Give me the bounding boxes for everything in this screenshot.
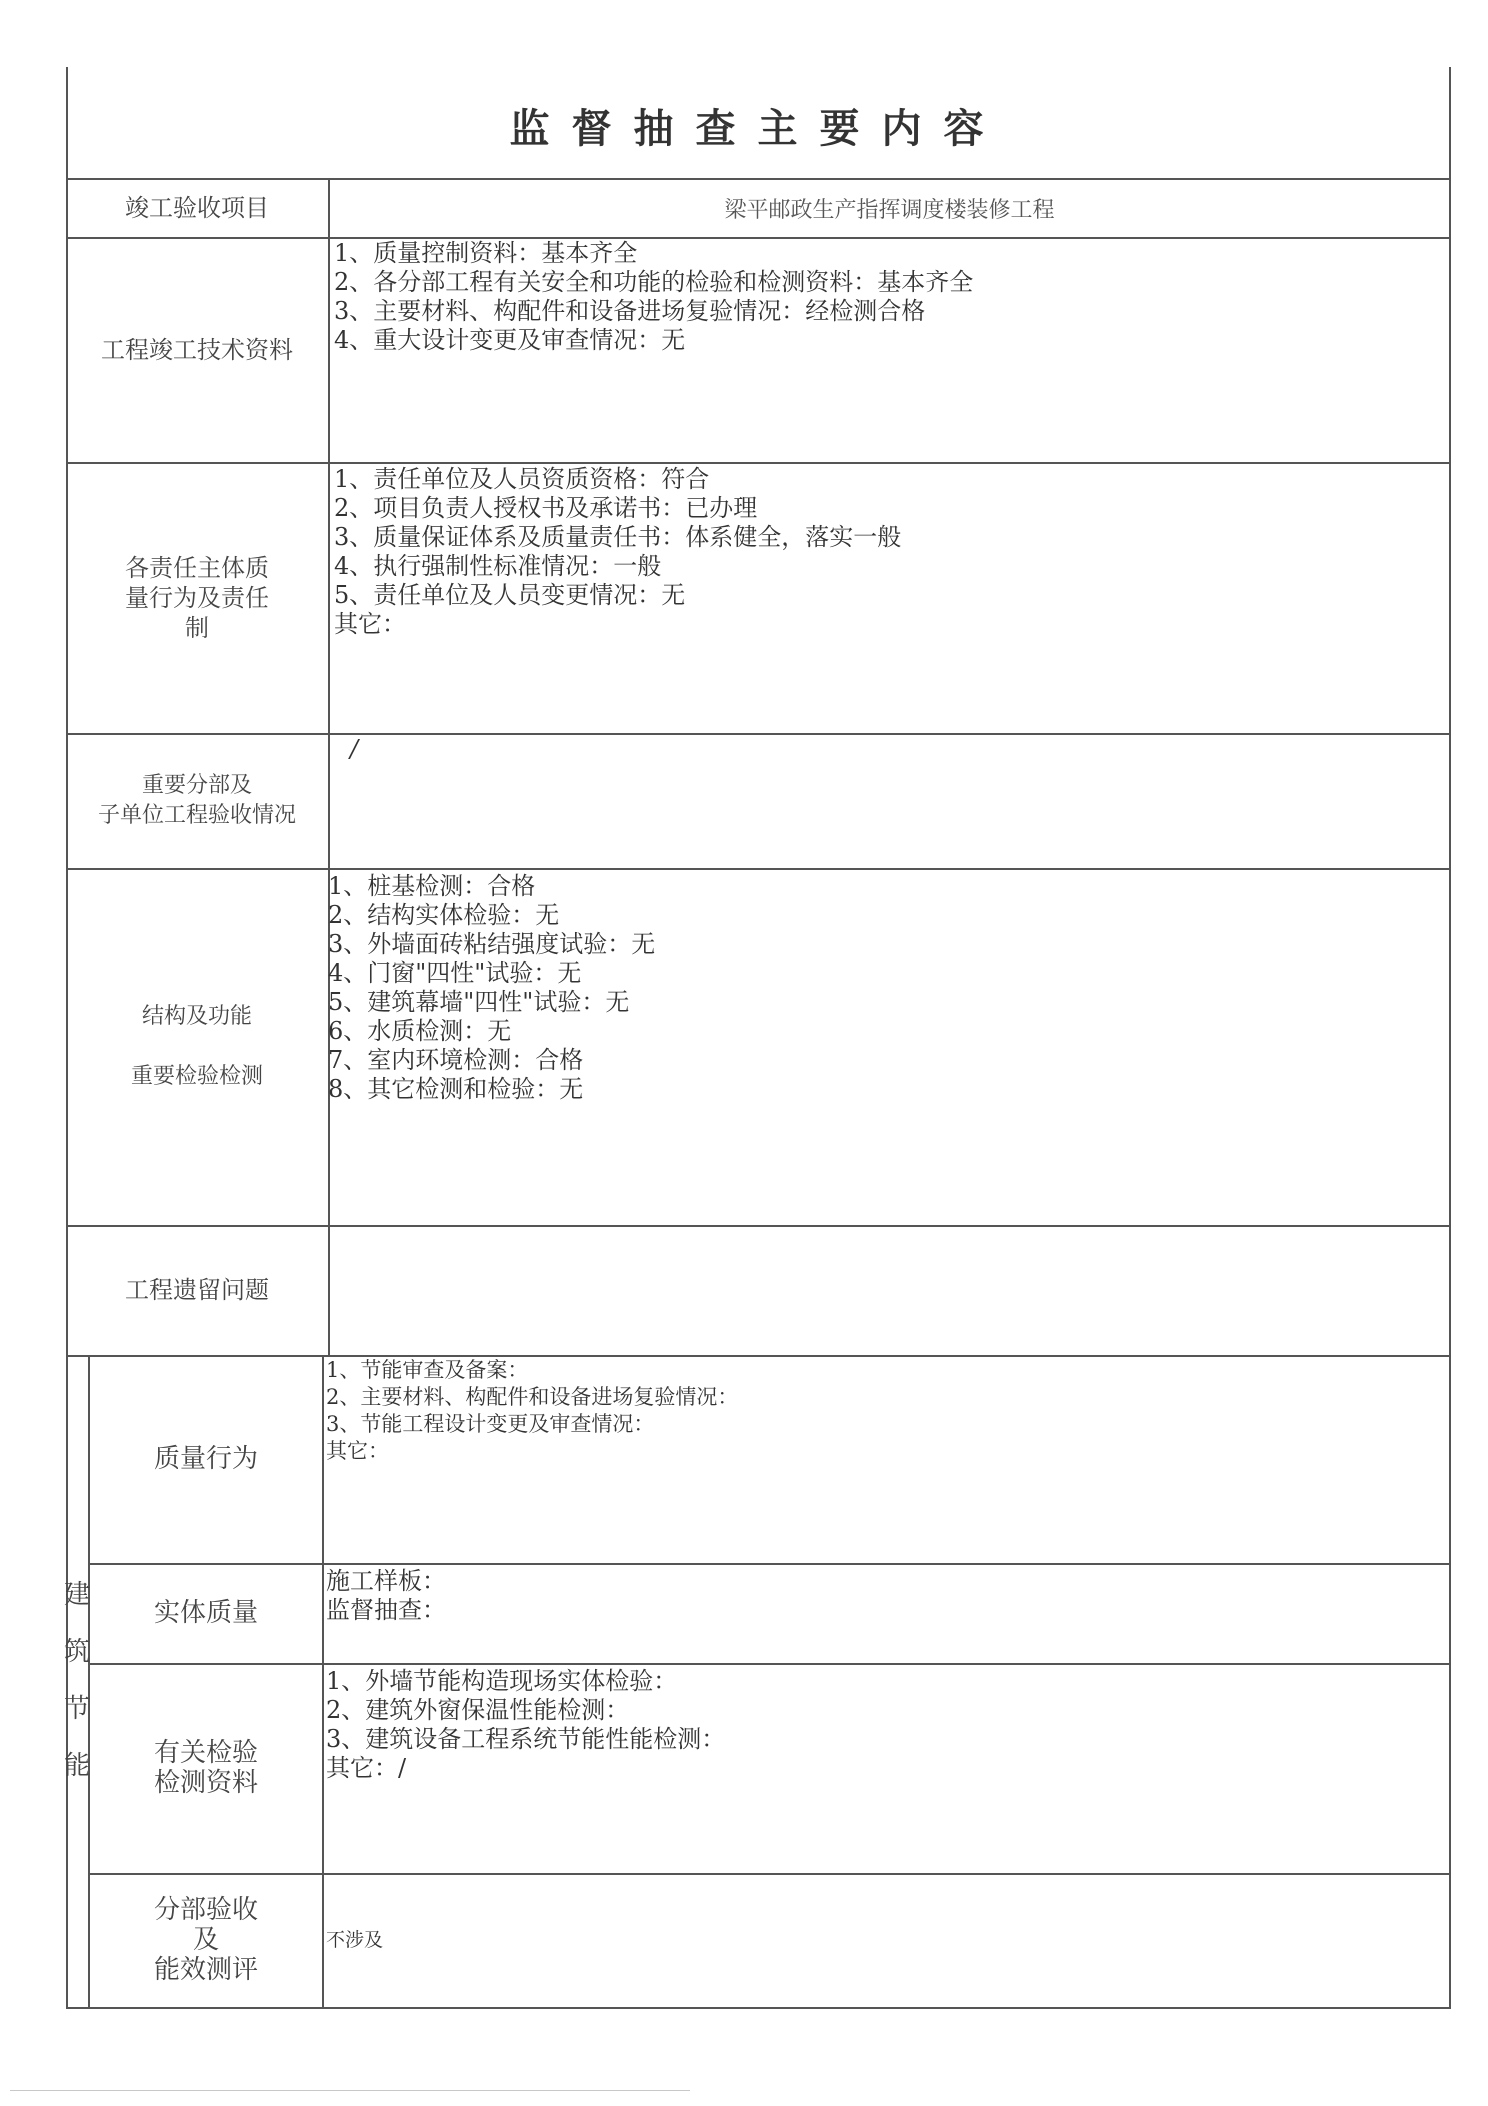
responsibility-line: 2、项目负责人授权书及承诺书：已办理 — [334, 494, 1444, 523]
responsibility-label: 各责任主体质 量行为及责任 制 — [66, 462, 328, 733]
quality-behavior-line: 2、主要材料、构配件和设备进场复验情况： — [326, 1384, 1446, 1411]
structure-test-line: 5、建筑幕墙"四性"试验：无 — [328, 988, 1438, 1017]
entity-quality-line: 施工样板： — [326, 1567, 1446, 1596]
responsibility-line: 3、质量保证体系及质量责任书：体系健全，落实一般 — [334, 523, 1444, 552]
energy-acceptance-label-line: 及 — [193, 1925, 219, 1955]
responsibility-line: 4、执行强制性标准情况：一般 — [334, 552, 1444, 581]
quality-behavior-content: 1、节能审查及备案： 2、主要材料、构配件和设备进场复验情况： 3、节能工程设计… — [322, 1357, 1446, 1465]
right-border — [1449, 67, 1451, 2007]
entity-quality-label: 实体质量 — [90, 1563, 322, 1663]
document-page: 监督抽查主要内容 竣工验收项目 梁平邮政生产指挥调度楼装修工程 工程竣工技术资料… — [0, 0, 1488, 2106]
responsibility-line: 1、责任单位及人员资质资格：符合 — [334, 465, 1444, 494]
tech-docs-label: 工程竣工技术资料 — [66, 237, 328, 462]
group-label-char: 筑 — [64, 1624, 90, 1681]
project-name: 梁平邮政生产指挥调度楼装修工程 — [330, 193, 1449, 224]
tech-docs-line: 4、重大设计变更及审查情况：无 — [334, 326, 1444, 355]
inspection-table: 监督抽查主要内容 竣工验收项目 梁平邮政生产指挥调度楼装修工程 工程竣工技术资料… — [66, 67, 1449, 2007]
entity-quality-content: 施工样板： 监督抽查： — [322, 1567, 1446, 1625]
quality-behavior-line: 1、节能审查及备案： — [326, 1357, 1446, 1384]
bottom-border — [66, 2007, 1451, 2009]
sub-acceptance-label-line: 重要分部及 — [142, 771, 252, 801]
energy-acceptance-label-line: 能效测评 — [154, 1955, 258, 1985]
structure-tests-label: 结构及功能 重要检验检测 — [66, 868, 328, 1225]
legacy-issues-label: 工程遗留问题 — [66, 1225, 328, 1355]
group-label-char: 能 — [64, 1738, 90, 1795]
structure-tests-content: 1、桩基检测：合格 2、结构实体检验：无 3、外墙面砖粘结强度试验：无 4、门窗… — [324, 872, 1438, 1104]
page-title: 监督抽查主要内容 — [66, 97, 1449, 154]
entity-quality-label-text: 实体质量 — [154, 1598, 258, 1628]
structure-test-line: 1、桩基检测：合格 — [328, 872, 1438, 901]
structure-test-line: 2、结构实体检验：无 — [328, 901, 1438, 930]
energy-test-docs-label-line: 有关检验 — [154, 1738, 258, 1768]
structure-tests-label-line: 结构及功能 — [142, 987, 252, 1047]
energy-saving-group-label: 建 筑 节 能 — [66, 1355, 88, 2007]
quality-behavior-label: 质量行为 — [90, 1355, 322, 1563]
energy-test-line: 1、外墙节能构造现场实体检验： — [326, 1667, 1446, 1696]
quality-behavior-line: 其它： — [326, 1438, 1446, 1465]
tech-docs-line: 2、各分部工程有关安全和功能的检验和检测资料：基本齐全 — [334, 268, 1444, 297]
structure-tests-label-line: 重要检验检测 — [131, 1047, 263, 1107]
energy-test-line: 3、建筑设备工程系统节能性能检测： — [326, 1725, 1446, 1754]
structure-test-line: 6、水质检测：无 — [328, 1017, 1438, 1046]
energy-test-docs-label: 有关检验 检测资料 — [90, 1663, 322, 1873]
energy-acceptance-content: 不涉及 — [322, 1926, 383, 1955]
legacy-issues-label-text: 工程遗留问题 — [125, 1275, 269, 1305]
tech-docs-line: 3、主要材料、构配件和设备进场复验情况：经检测合格 — [334, 297, 1444, 326]
responsibility-line: 其它： — [334, 610, 1444, 639]
energy-test-docs-content: 1、外墙节能构造现场实体检验： 2、建筑外窗保温性能检测： 3、建筑设备工程系统… — [322, 1667, 1446, 1783]
energy-test-line: 其它：/ — [326, 1754, 1446, 1783]
tech-docs-content: 1、质量控制资料：基本齐全 2、各分部工程有关安全和功能的检验和检测资料：基本齐… — [330, 239, 1444, 355]
sub-acceptance-label: 重要分部及 子单位工程验收情况 — [66, 733, 328, 868]
energy-test-docs-label-line: 检测资料 — [154, 1768, 258, 1798]
structure-test-line: 8、其它检测和检验：无 — [328, 1075, 1438, 1104]
responsibility-content: 1、责任单位及人员资质资格：符合 2、项目负责人授权书及承诺书：已办理 3、质量… — [330, 465, 1444, 639]
energy-test-line: 2、建筑外窗保温性能检测： — [326, 1696, 1446, 1725]
structure-test-line: 7、室内环境检测：合格 — [328, 1046, 1438, 1075]
structure-test-line: 3、外墙面砖粘结强度试验：无 — [328, 930, 1438, 959]
project-label-text: 竣工验收项目 — [125, 193, 269, 223]
structure-test-line: 4、门窗"四性"试验：无 — [328, 959, 1438, 988]
responsibility-line: 5、责任单位及人员变更情况：无 — [334, 581, 1444, 610]
scan-artifact-line — [10, 2090, 690, 2091]
entity-quality-line: 监督抽查： — [326, 1596, 1446, 1625]
quality-behavior-line: 3、节能工程设计变更及审查情况： — [326, 1411, 1446, 1438]
energy-acceptance-label-line: 分部验收 — [154, 1895, 258, 1925]
group-label-char: 节 — [64, 1681, 90, 1738]
sub-acceptance-label-line: 子单位工程验收情况 — [98, 801, 296, 831]
project-label: 竣工验收项目 — [66, 178, 328, 237]
group-label-char: 建 — [64, 1567, 90, 1624]
responsibility-label-line: 各责任主体质 — [125, 553, 269, 583]
responsibility-label-line: 量行为及责任 — [125, 583, 269, 613]
tech-docs-label-text: 工程竣工技术资料 — [101, 335, 293, 365]
quality-behavior-label-text: 质量行为 — [154, 1444, 258, 1474]
sub-acceptance-content: / — [346, 735, 358, 764]
responsibility-label-line: 制 — [185, 613, 209, 643]
tech-docs-line: 1、质量控制资料：基本齐全 — [334, 239, 1444, 268]
energy-acceptance-label: 分部验收 及 能效测评 — [90, 1873, 322, 2007]
